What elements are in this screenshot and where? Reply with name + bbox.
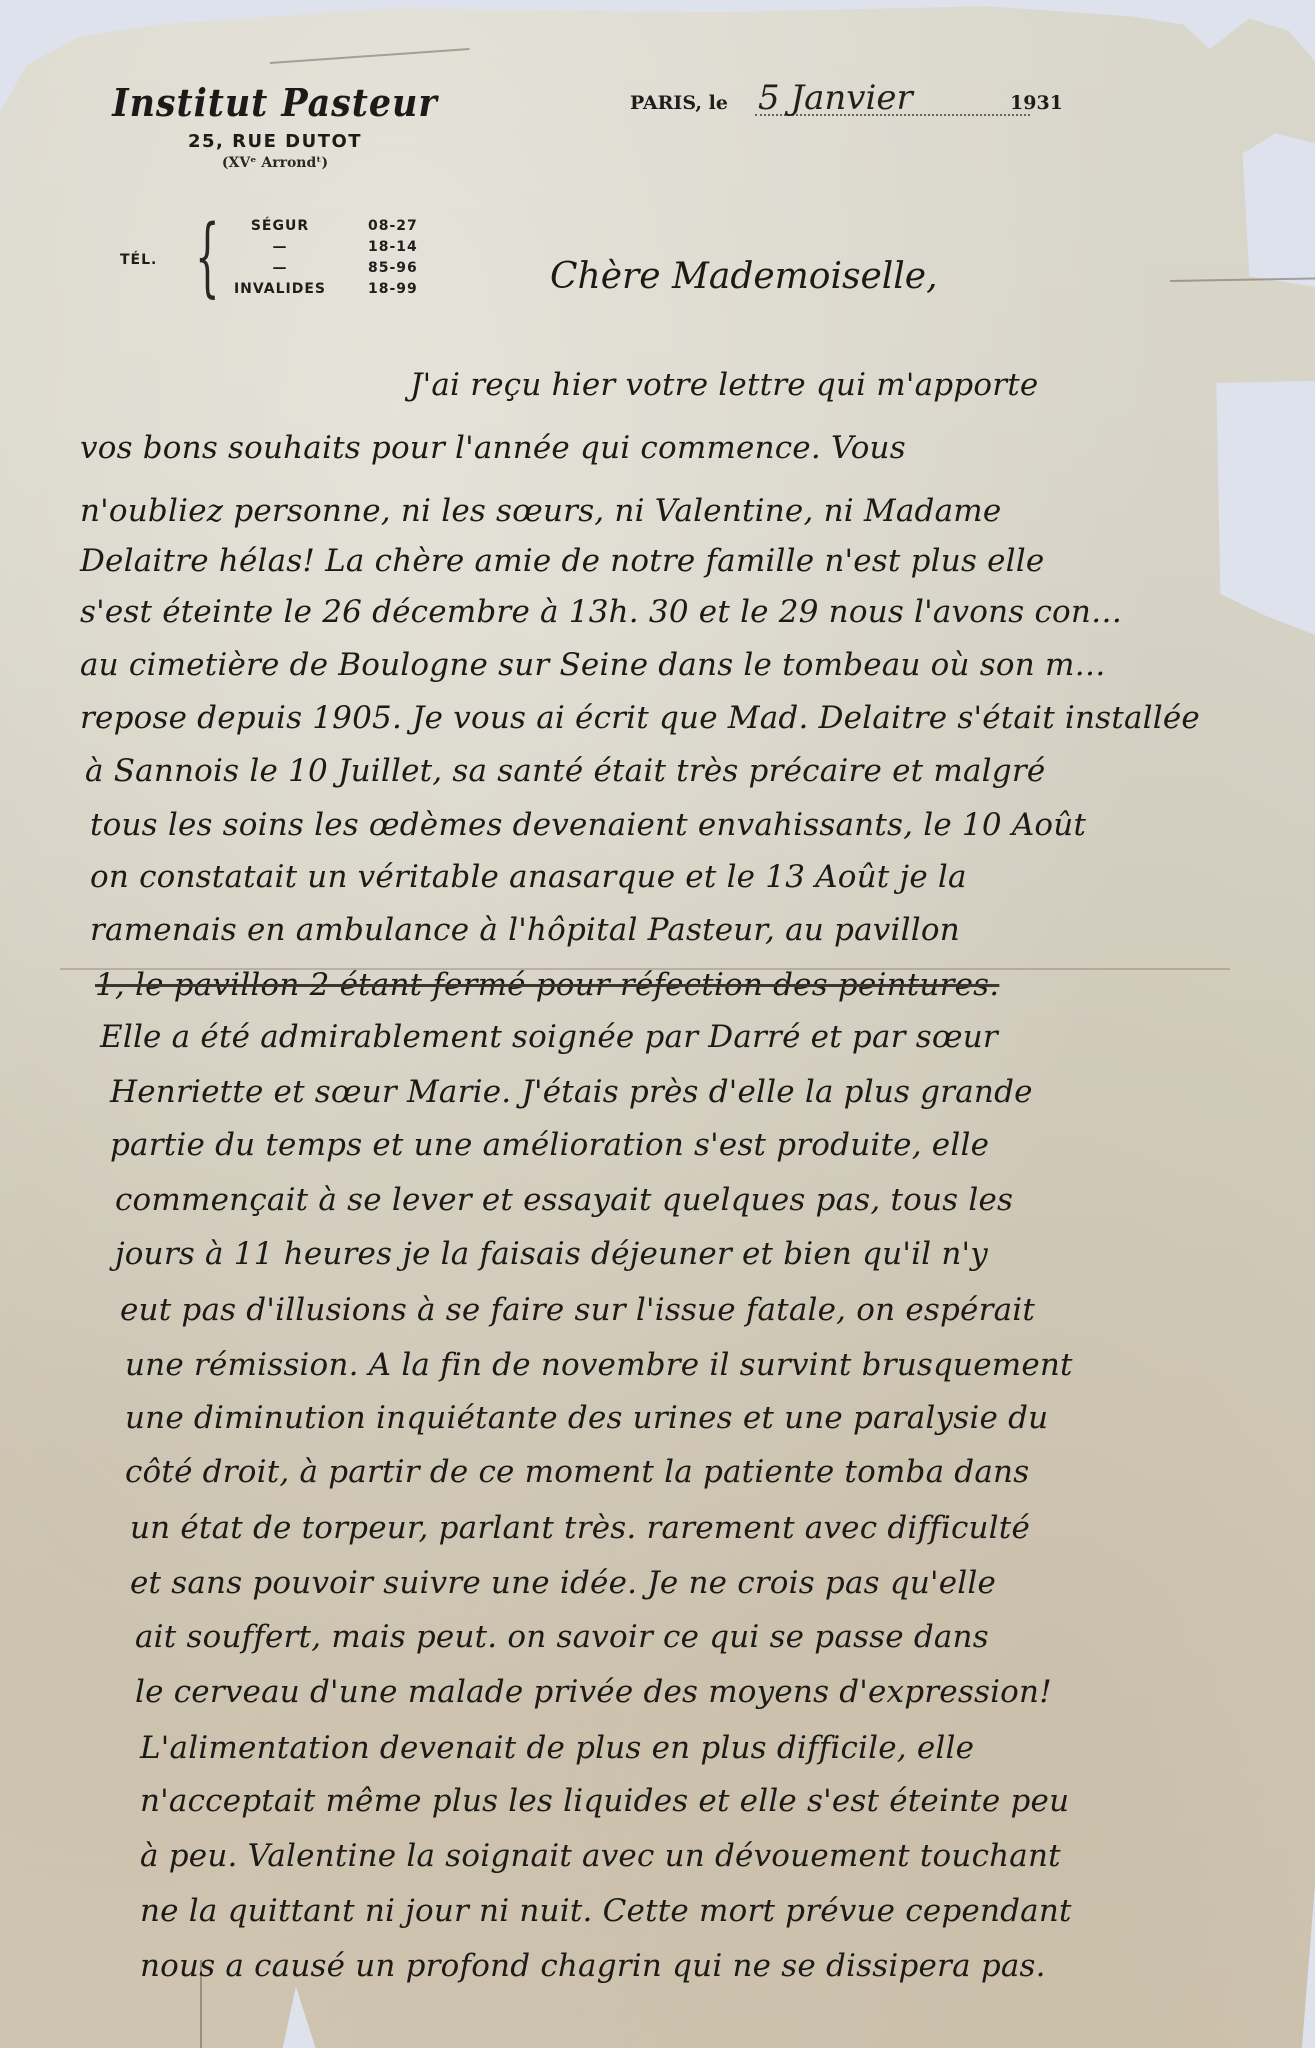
letter-line: s'est éteinte le 26 décembre à 13h. 30 e…	[80, 592, 1122, 632]
letter-line: jours à 11 heures je la faisais déjeuner…	[115, 1234, 988, 1274]
letter-line: 1, le pavillon 2 étant fermé pour réfect…	[95, 965, 999, 1005]
letter-line: n'oubliez personne, ni les sœurs, ni Val…	[80, 491, 1001, 531]
letter-line: partie du temps et une amélioration s'es…	[110, 1125, 989, 1165]
letter-line: tous les soins les œdèmes devenaient env…	[90, 805, 1086, 845]
letter-line: et sans pouvoir suivre une idée. Je ne c…	[130, 1563, 996, 1603]
letter-line: une rémission. A la fin de novembre il s…	[125, 1345, 1073, 1385]
letter-line: ramenais en ambulance à l'hôpital Pasteu…	[90, 910, 960, 950]
letter-line: Elle a été admirablement soignée par Dar…	[100, 1017, 998, 1057]
letter-line: L'alimentation devenait de plus en plus …	[140, 1728, 974, 1768]
letter-line: eut pas d'illusions à se faire sur l'iss…	[120, 1290, 1035, 1330]
letter-line: au cimetière de Boulogne sur Seine dans …	[80, 645, 1106, 685]
letter-body: J'ai reçu hier votre lettre qui m'apport…	[0, 0, 1315, 2048]
letter-line: nous a causé un profond chagrin qui ne s…	[140, 1946, 1046, 1986]
letter-line: côté droit, à partir de ce moment la pat…	[125, 1452, 1029, 1492]
letter-line: J'ai reçu hier votre lettre qui m'apport…	[410, 365, 1038, 405]
letter-line: n'acceptait même plus les liquides et el…	[140, 1781, 1069, 1821]
letter-line: à peu. Valentine la soignait avec un dév…	[140, 1836, 1061, 1876]
letter-line: Henriette et sœur Marie. J'étais près d'…	[110, 1072, 1033, 1112]
letter-line: un état de torpeur, parlant très. rareme…	[130, 1508, 1030, 1548]
letter-line: à Sannois le 10 Juillet, sa santé était …	[85, 751, 1045, 791]
letter-line: le cerveau d'une malade privée des moyen…	[135, 1672, 1052, 1712]
letter-line: ne la quittant ni jour ni nuit. Cette mo…	[140, 1891, 1072, 1931]
letter-line: vos bons souhaits pour l'année qui comme…	[80, 428, 906, 468]
letter-line: repose depuis 1905. Je vous ai écrit que…	[80, 698, 1200, 738]
letter-line: commençait à se lever et essayait quelqu…	[115, 1180, 1013, 1220]
letter-line: on constatait un véritable anasarque et …	[90, 857, 967, 897]
letter-line: une diminution inquiétante des urines et…	[125, 1398, 1048, 1438]
letter-line: Delaitre hélas! La chère amie de notre f…	[80, 541, 1044, 581]
letter-line: ait souffert, mais peut. on savoir ce qu…	[135, 1617, 989, 1657]
